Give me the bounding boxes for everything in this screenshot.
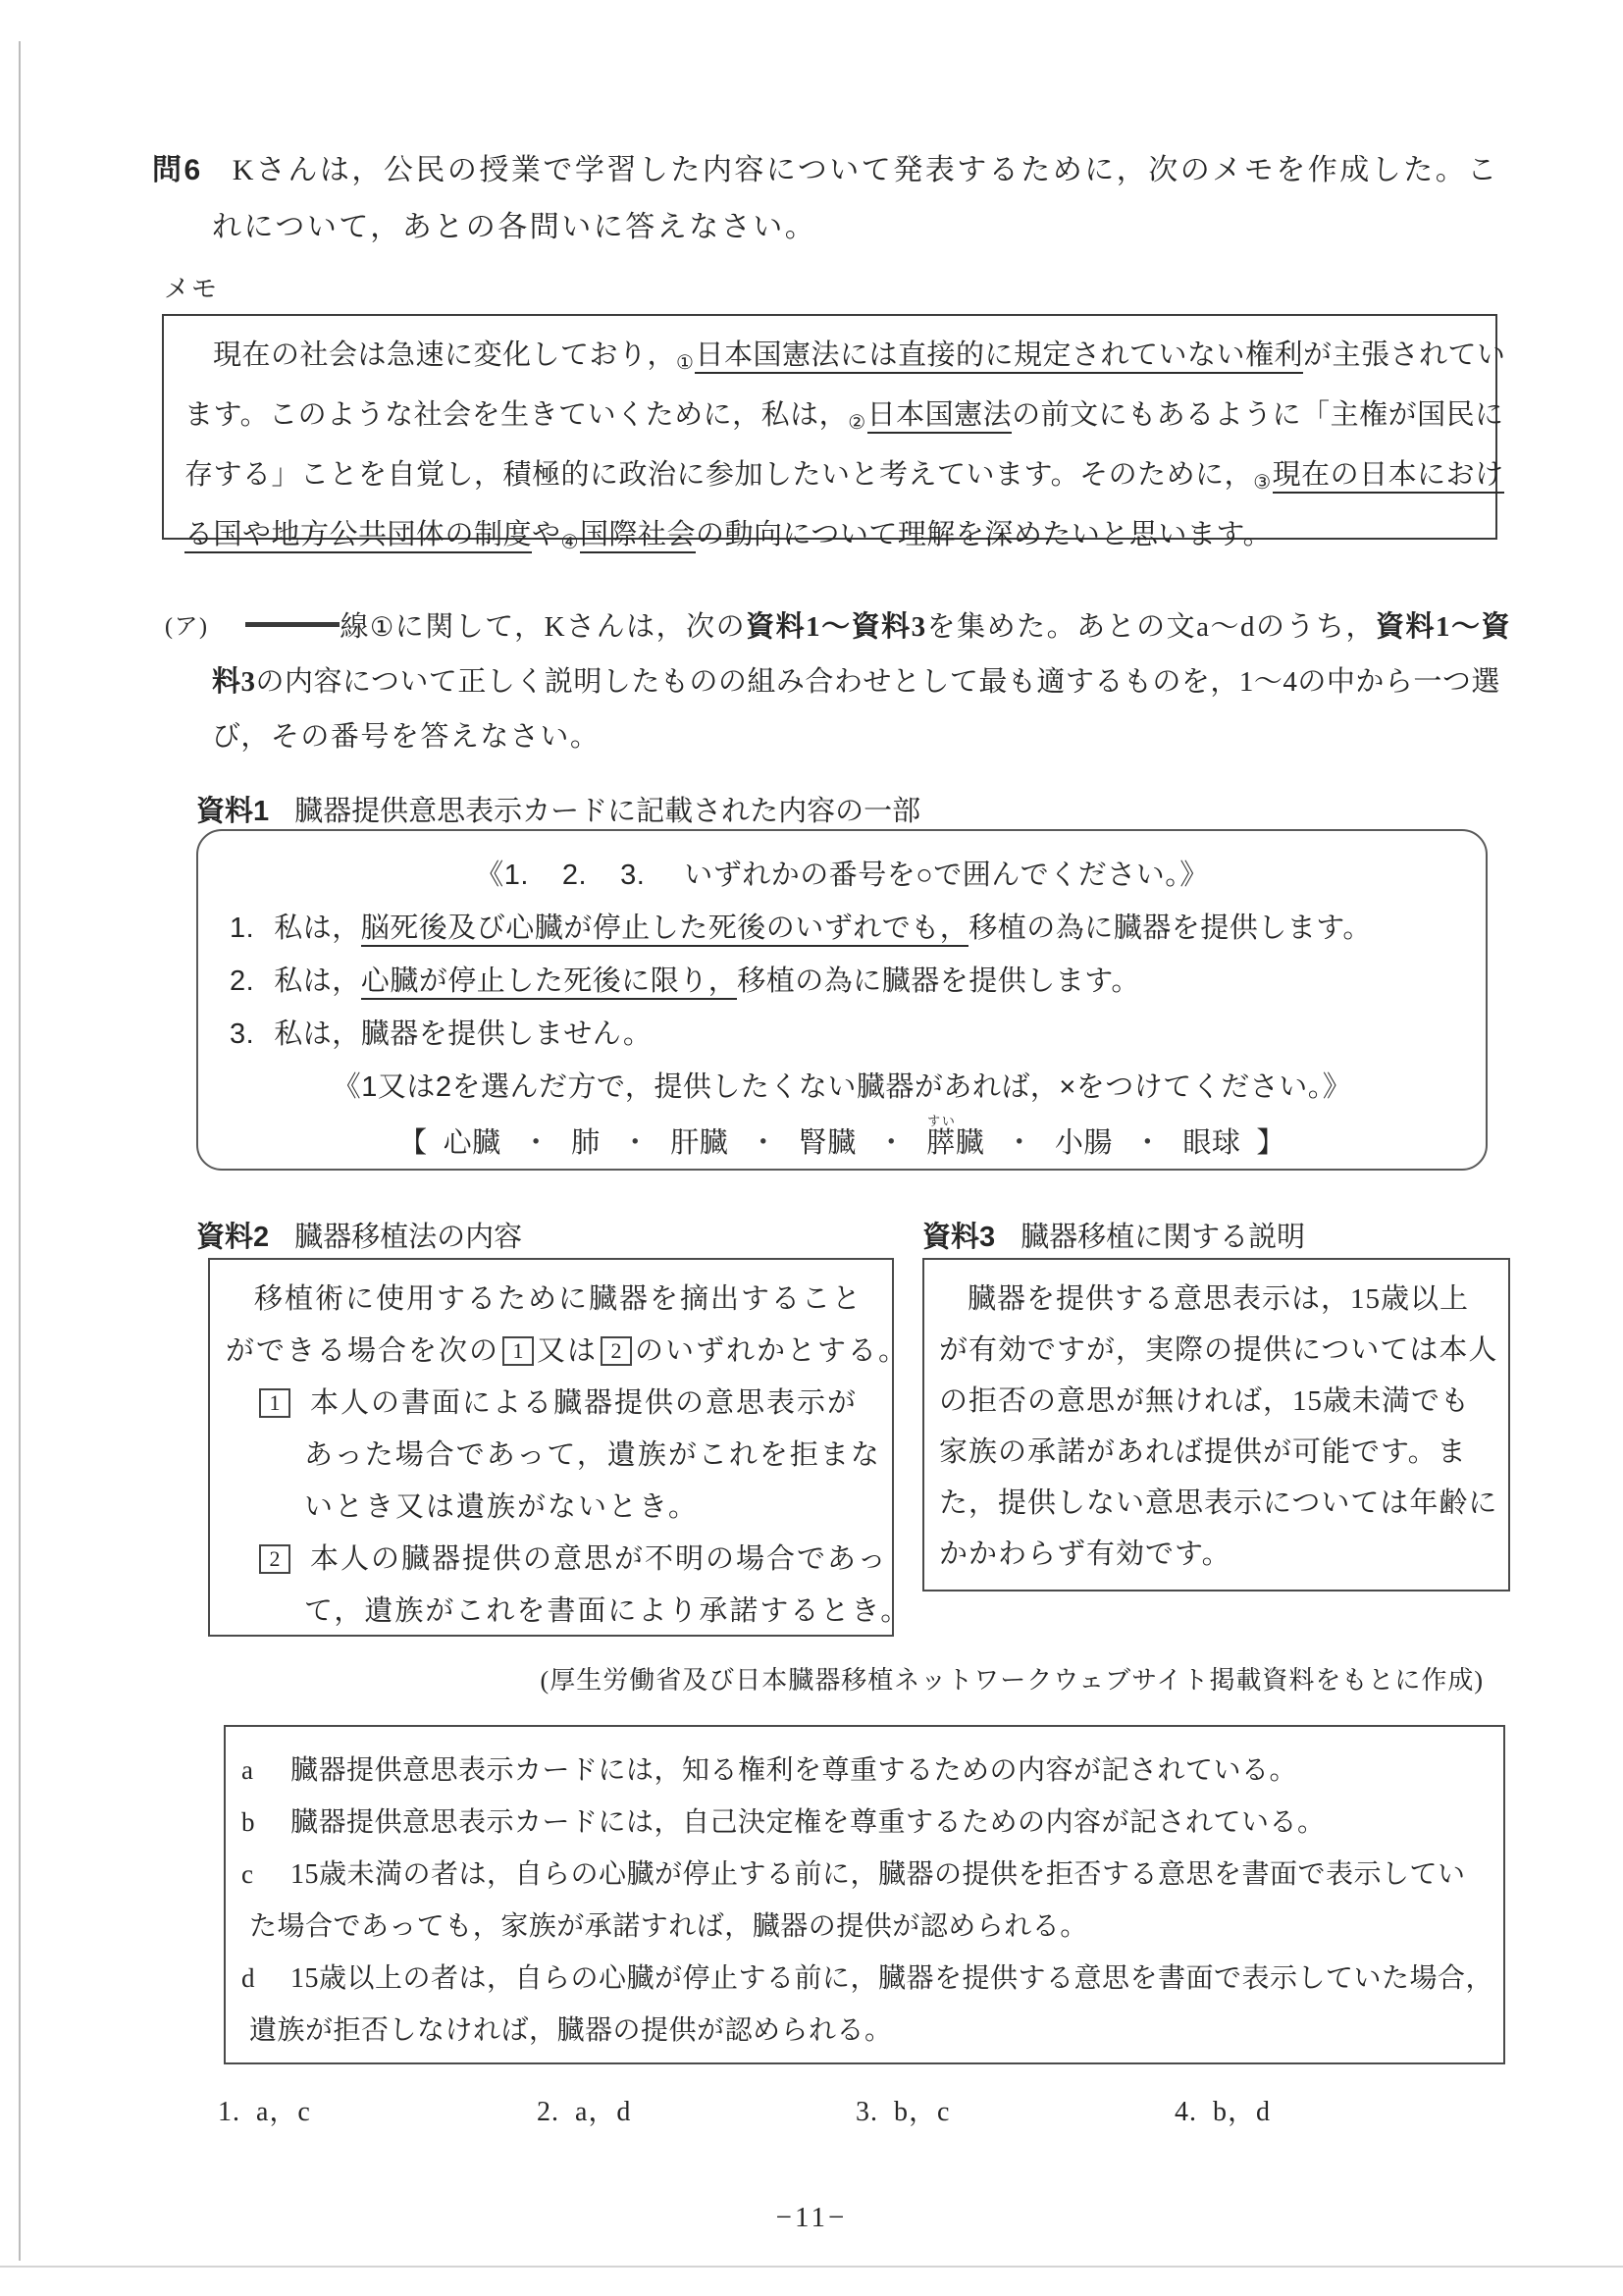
boxed-1-icon: 1: [502, 1336, 534, 1366]
shiryo2-item2-line1: 2本人の臓器提供の意思が不明の場合であっ: [226, 1534, 876, 1586]
dot-separator: ・: [1005, 1127, 1034, 1159]
statement-a: a臓器提供意思表示カードには，知る権利を尊重するための内容が記されている。: [226, 1745, 1503, 1797]
card-item1-underline: 脳死後及び心臓が停止した死後のいずれでも，: [361, 913, 969, 947]
organ-liver: 肝臓: [670, 1127, 728, 1159]
memo-box: 現在の社会は急速に変化しており，①日本国憲法には直接的に規定されていない権利が主…: [162, 314, 1497, 540]
statement-c: c15歳未満の者は，自らの心臓が停止する前に，臓器の提供を拒否する意思を書面で表…: [226, 1849, 1503, 1901]
statement-d-label: d: [241, 1953, 255, 2005]
dot-separator: ・: [522, 1127, 551, 1159]
underlined-phrase-1: 日本国憲法には直接的に規定されていない権利: [695, 339, 1303, 374]
organ-heart: 心臓: [444, 1127, 501, 1159]
dot-separator: ・: [1133, 1127, 1163, 1159]
memo-label: メモ: [164, 269, 219, 305]
scan-edge-line: [19, 41, 21, 2261]
statement-c-label: c: [241, 1849, 253, 1901]
sub-question-a-label: (ア): [165, 614, 208, 640]
underlined-phrase-3-cont: る国や地方公共団体の制度: [184, 519, 532, 553]
shiryo2-line1: 移植術に使用するために臓器を摘出すること: [226, 1274, 876, 1326]
statement-b: b臓器提供意思表示カードには，自己決定権を尊重するための内容が記されている。: [226, 1797, 1503, 1849]
shiryo2-item2-line2: て，遺族がこれを書面により承諾するとき。: [226, 1586, 876, 1638]
shiryo3-line6: かかわらず有効です。: [939, 1529, 1493, 1580]
statement-a-label: a: [241, 1745, 253, 1797]
donor-card-box: 《1.2.3.いずれかの番号を○で囲んでください。》 1.私は，脳死後及び心臓が…: [196, 829, 1488, 1171]
shiryo3-line4: 家族の承諾があれば提供が可能です。ま: [939, 1427, 1493, 1478]
shiryo3-line3: の拒否の意思が無ければ，15歳未満でも: [939, 1376, 1493, 1427]
memo-line1: 現在の社会は急速に変化しており，①日本国憲法には直接的に規定されていない権利が主…: [184, 330, 1475, 390]
memo-line4: る国や地方公共団体の制度や④国際社会の動向について理解を深めたいと思います。: [184, 509, 1475, 569]
shiryo2-line2: ができる場合を次の1又は2のいずれかとする。: [226, 1326, 876, 1378]
exam-page: 問6Kさんは，公民の授業で学習した内容について発表するために，次のメモを作成した…: [0, 0, 1623, 2296]
reference-line-mark: [245, 622, 340, 627]
answer-choices: 1.a，c2.a，d3.b，c4.b，d: [218, 2090, 1493, 2129]
memo-line3: 存する」ことを自覚し，積極的に政治に参加したいと考えています。そのために，③現在…: [184, 449, 1475, 509]
organ-kidney: 腎臓: [799, 1127, 857, 1159]
underlined-phrase-3: 現在の日本におけ: [1273, 459, 1504, 494]
source-note: (厚生労働省及び日本臓器移植ネットワークウェブサイト掲載資料をもとに作成): [0, 1660, 1484, 1696]
organ-lung: 肺: [571, 1127, 601, 1159]
shiryo1-label: 資料1: [196, 796, 269, 827]
shiryo2-item1-line1: 1本人の書面による臓器提供の意思表示が: [226, 1378, 876, 1430]
sub-question-a-line2: 料3の内容について正しく説明したものの組み合わせとして最も適するものを，1～4の…: [212, 659, 1500, 700]
choice-4: 4.b，d: [1175, 2090, 1493, 2129]
shiryo1-heading: 資料1臓器提供意思表示カードに記載された内容の一部: [196, 789, 920, 829]
sub-question-a-line3: び，その番号を答えなさい。: [212, 714, 600, 755]
organ-small-intestine: 小腸: [1055, 1127, 1113, 1159]
statement-c-cont: た場合であっても，家族が承諾すれば，臓器の提供が認められる。: [226, 1901, 1503, 1953]
card-header: 《1.2.3.いずれかの番号を○で囲んでください。》: [198, 849, 1486, 902]
bracket-close: 】: [1256, 1127, 1285, 1159]
dot-separator: ・: [877, 1127, 907, 1159]
boxed-2-icon: 2: [259, 1544, 290, 1574]
statement-b-label: b: [241, 1797, 255, 1849]
scan-bottom-line: [0, 2266, 1623, 2268]
card-item-2: 2.私は，心臓が停止した死後に限り，移植の為に臓器を提供します。: [198, 955, 1486, 1008]
choice-3: 3.b，c: [856, 2090, 1175, 2129]
circled-3-icon: ③: [1253, 472, 1271, 494]
shiryo3-line1: 臓器を提供する意思表示は，15歳以上: [939, 1274, 1493, 1325]
choice-1: 1.a，c: [218, 2090, 537, 2129]
organ-eyeball: 眼球: [1182, 1127, 1240, 1159]
memo-line2: ます。このような社会を生きていくために，私は，②日本国憲法の前文にもあるように「…: [184, 390, 1475, 449]
boxed-1-icon: 1: [259, 1388, 290, 1418]
statements-box: a臓器提供意思表示カードには，知る権利を尊重するための内容が記されている。 b臓…: [224, 1725, 1505, 2064]
shiryo2-title: 臓器移植法の内容: [294, 1222, 522, 1253]
card-item-1: 1.私は，脳死後及び心臓が停止した死後のいずれでも，移植の為に臓器を提供します。: [198, 902, 1486, 955]
shiryo3-label: 資料3: [922, 1222, 995, 1253]
underlined-phrase-4: 国際社会: [580, 519, 696, 553]
underlined-phrase-2: 日本国憲法: [867, 399, 1013, 434]
question6-number: 問6: [152, 154, 203, 186]
shiryo3-title: 臓器移植に関する説明: [1021, 1222, 1305, 1253]
circled-4-icon: ④: [561, 532, 579, 553]
card-item2-underline: 心臓が停止した死後に限り，: [361, 965, 738, 1000]
organ-pancreas-rest: 臓: [956, 1127, 985, 1159]
shiryo3-heading: 資料3臓器移植に関する説明: [922, 1215, 1305, 1255]
choice-2: 2.a，d: [537, 2090, 856, 2129]
shiryo2-item1-line3: いとき又は遺族がないとき。: [226, 1482, 876, 1534]
sub-question-a-line1: (ア)線①に関して，Kさんは，次の資料1～資料3を集めた。あとの文a～dのうち，…: [165, 604, 1511, 645]
shiryo3-line2: が有効ですが，実際の提供については本人: [939, 1325, 1493, 1376]
circled-1-icon: ①: [676, 352, 694, 374]
shiryo3-line5: た，提供しない意思表示については年齢に: [939, 1478, 1493, 1529]
shiryo2-heading: 資料2臓器移植法の内容: [196, 1215, 522, 1255]
bracket-open: 【: [398, 1127, 428, 1159]
shiryo1-title: 臓器提供意思表示カードに記載された内容の一部: [294, 796, 920, 827]
question6-line1: 問6Kさんは，公民の授業で学習した内容について発表するために，次のメモを作成した…: [152, 145, 1499, 188]
shiryo2-item1-line2: あった場合であって，遺族がこれを拒まな: [226, 1430, 876, 1482]
question6-text: Kさんは，公民の授業で学習した内容について発表するために，次のメモを作成した。こ: [233, 154, 1499, 186]
dot-separator: ・: [621, 1127, 651, 1159]
shiryo2-label: 資料2: [196, 1222, 269, 1253]
statement-d: d15歳以上の者は，自らの心臓が停止する前に，臓器を提供する意思を書面で表示して…: [226, 1953, 1503, 2005]
card-note: 《1又は2を選んだ方で，提供したくない臓器があれば，×をつけてください。》: [198, 1061, 1486, 1114]
card-organ-list: 【心臓・肺・肝臓・腎臓・膵すい臓・小腸・眼球】: [198, 1114, 1486, 1170]
shiryo2-box: 移植術に使用するために臓器を摘出すること ができる場合を次の1又は2のいずれかと…: [208, 1258, 894, 1637]
shiryo3-box: 臓器を提供する意思表示は，15歳以上 が有効ですが，実際の提供については本人 の…: [922, 1258, 1510, 1592]
page-number: −11−: [0, 2202, 1623, 2234]
question6-line2: れについて，あとの各問いに答えなさい。: [212, 202, 816, 245]
statement-d-cont: 遺族が拒否しなければ，臓器の提供が認められる。: [226, 2005, 1503, 2057]
card-item-3: 3.私は，臓器を提供しません。: [198, 1008, 1486, 1061]
circled-1-ref-icon: ①: [370, 612, 395, 642]
boxed-2-icon: 2: [601, 1336, 632, 1366]
circled-2-icon: ②: [848, 412, 865, 434]
organ-pancreas-ruby: 膵すい: [926, 1127, 956, 1159]
dot-separator: ・: [749, 1127, 778, 1159]
